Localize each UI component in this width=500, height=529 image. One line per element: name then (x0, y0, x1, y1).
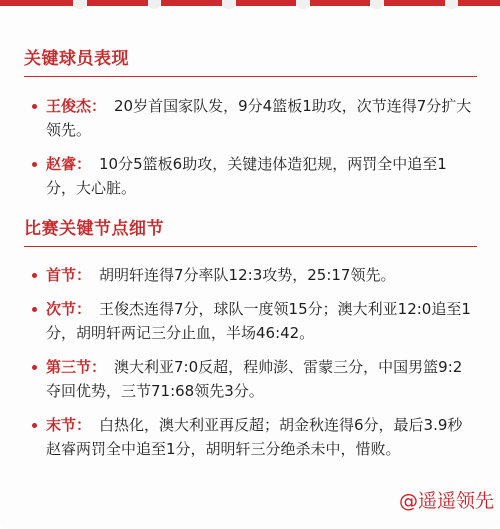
item-text: 胡明轩连得7分率队12:3攻势，25:17领先。 (99, 266, 395, 284)
section-divider (24, 246, 477, 247)
strip-segment (310, 0, 370, 6)
quarter-label: 末节： (46, 416, 91, 434)
key-players-list: 王俊杰：20岁首国家队发，9分4篮板1助攻，次节连得7分扩大领先。 赵睿：10分… (30, 94, 475, 210)
strip-segment (0, 0, 73, 6)
section-title: 比赛关键节点细节 (24, 218, 477, 240)
item-text: 王俊杰连得7分，球队一度领15分；澳大利亚12:0追至1分，胡明轩两记三分止血，… (46, 300, 471, 342)
player-name: 赵睿： (46, 155, 91, 173)
strip-segment (87, 0, 147, 6)
list-item: 次节：王俊杰连得7分，球队一度领15分；澳大利亚12:0追至1分，胡明轩两记三分… (30, 297, 475, 345)
list-item: 第三节：澳大利亚7:0反超，程帅澎、雷蒙三分，中国男篮9:2夺回优势，三节71:… (30, 355, 475, 403)
item-text: 10分5篮板6助攻，关键违体造犯规，两罚全中追至1分，大心脏。 (46, 155, 447, 197)
bullet-icon (32, 162, 37, 167)
article-card: 关键球员表现 王俊杰：20岁首国家队发，9分4篮板1助攻，次节连得7分扩大领先。… (0, 0, 500, 529)
strip-gap (370, 0, 384, 9)
item-text: 20岁首国家队发，9分4篮板1助攻，次节连得7分扩大领先。 (46, 97, 471, 139)
key-moments-list: 首节：胡明轩连得7分率队12:3攻势，25:17领先。 次节：王俊杰连得7分，球… (30, 263, 475, 471)
author-watermark: @遥遥领先 (399, 488, 494, 514)
bullet-icon (32, 365, 37, 370)
section-divider (24, 76, 477, 77)
bullet-icon (32, 104, 37, 109)
section-header-key-players: 关键球员表现 (24, 48, 477, 77)
strip-gap (445, 0, 459, 9)
player-name: 王俊杰： (46, 97, 106, 115)
bullet-icon (32, 307, 37, 312)
bullet-icon (32, 273, 37, 278)
strip-gap (296, 0, 310, 9)
list-item: 王俊杰：20岁首国家队发，9分4篮板1助攻，次节连得7分扩大领先。 (30, 94, 475, 142)
item-text: 澳大利亚7:0反超，程帅澎、雷蒙三分，中国男篮9:2夺回优势，三节71:68领先… (46, 358, 462, 400)
strip-segment (161, 0, 221, 6)
bullet-icon (32, 423, 37, 428)
perforated-top-strip (0, 0, 500, 6)
section-title: 关键球员表现 (24, 48, 477, 70)
list-item: 末节：白热化，澳大利亚再反超；胡金秋连得6分，最后3.9秒赵睿两罚全中追至1分，… (30, 413, 475, 461)
strip-gap (73, 0, 87, 9)
strip-segment (384, 0, 444, 6)
section-header-key-moments: 比赛关键节点细节 (24, 218, 477, 247)
quarter-label: 次节： (46, 300, 91, 318)
strip-gap (148, 0, 162, 9)
strip-gap (222, 0, 236, 9)
quarter-label: 首节： (46, 266, 91, 284)
strip-segment (458, 0, 500, 6)
list-item: 赵睿：10分5篮板6助攻，关键违体造犯规，两罚全中追至1分，大心脏。 (30, 152, 475, 200)
list-item: 首节：胡明轩连得7分率队12:3攻势，25:17领先。 (30, 263, 475, 287)
quarter-label: 第三节： (46, 358, 106, 376)
item-text: 白热化，澳大利亚再反超；胡金秋连得6分，最后3.9秒赵睿两罚全中追至1分，胡明轩… (46, 416, 462, 458)
strip-segment (236, 0, 296, 6)
